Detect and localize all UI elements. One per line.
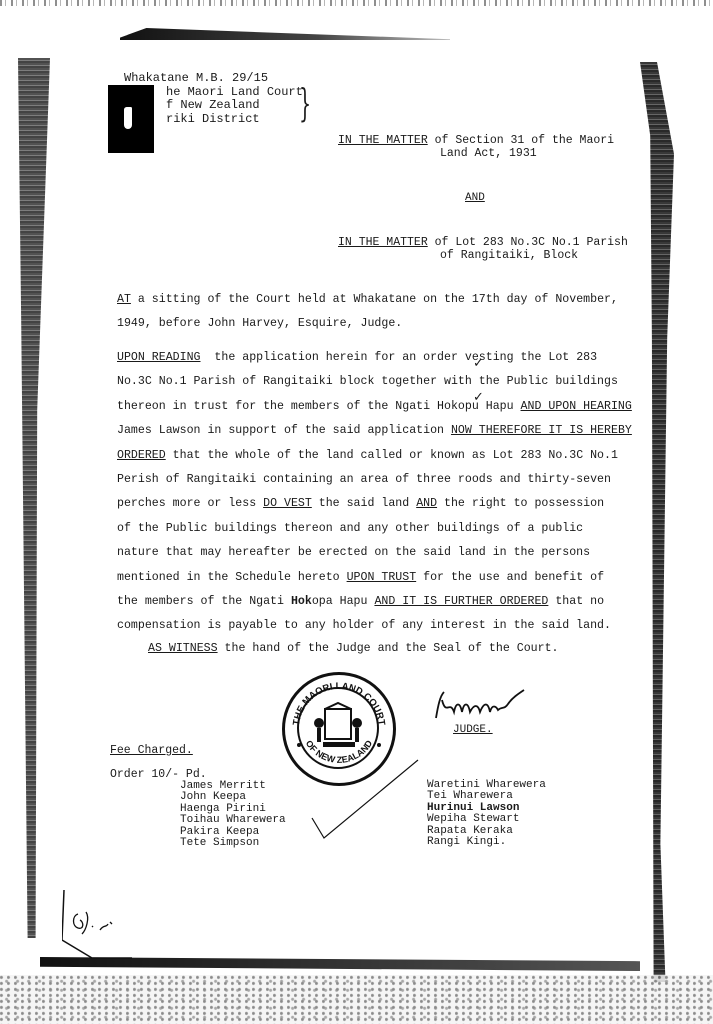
order-text: thereon in trust for the members of the … [117,400,521,413]
file-reference: Whakatane M.B. 29/15 [124,71,268,85]
list-item: Toihau Wharewera [180,814,286,826]
order-text: mentioned in the Schedule hereto [117,571,347,584]
order-text: the application herein for an order vest… [201,351,598,364]
upon-trust-label: UPON TRUST [347,571,417,584]
sitting-text: 1949, before John Harvey, Esquire, Judge… [117,317,402,330]
matter-label: IN THE MATTER [338,134,428,147]
list-item: James Merritt [180,780,266,792]
brace-glyph: } [299,84,311,122]
matter-label: IN THE MATTER [338,236,428,249]
matter-text: of Lot 283 No.3C No.1 Parish [428,236,628,249]
do-vest-label: DO VEST [263,497,312,510]
list-item: Haenga Pirini [180,803,266,815]
redaction-mark [124,107,132,129]
list-item: Pakira Keepa [180,826,259,838]
witness-label: AS WITNESS [148,642,218,655]
list-item: Rangi Kingi. [427,836,506,848]
order-text: nature that may hereafter be erected on … [117,546,590,559]
checkmark-icon: ✓ [473,356,484,371]
upon-reading-label: UPON READING [117,351,201,364]
matter-lot-283: IN THE MATTER of Lot 283 No.3C No.1 Pari… [338,236,628,262]
list-item: Tei Wharewera [427,790,513,802]
ordered-label: ORDERED [117,449,166,462]
order-text: the members of the Ngati [117,595,291,608]
order-text: the said land [312,497,416,510]
order-text: the right to possession [437,497,604,510]
redaction-block [108,85,154,153]
sitting-lead: AT [117,293,131,306]
order-text: that the whole of the land called or kno… [166,449,618,462]
upon-hearing-label: AND UPON HEARING [521,400,632,413]
judge-label: JUDGE. [453,724,493,736]
order-paragraph: UPON READING the application herein for … [117,346,647,639]
further-ordered-label: AND IT IS FURTHER ORDERED [374,595,548,608]
scan-noise-bottom [0,975,713,1024]
matter-section-31: IN THE MATTER of Section 31 of the Maori… [338,134,614,160]
schedule-list-right: Waretini Wharewera Tei Wharewera Hurinui… [427,780,546,848]
judge-signature [432,688,532,724]
order-text: No.3C No.1 Parish of Rangitaiki block to… [117,375,618,388]
initials-handwriting: E.J. Hoh. [70,908,130,938]
list-item: Wepiha Stewart [427,813,519,825]
sitting-paragraph: AT a sitting of the Court held at Whakat… [117,288,647,337]
order-text: opa Hapu [312,595,375,608]
order-text: perches more or less [117,497,263,510]
order-text: of the Public buildings thereon and any … [117,522,583,535]
matter-text: Land Act, 1931 [338,147,537,160]
matter-text: of Section 31 of the Maori [428,134,614,147]
and-heading: AND [465,192,485,204]
matter-text: of Rangitaiki, Block [338,249,578,262]
check-stroke [310,758,420,840]
list-item: Tete Simpson [180,837,259,849]
sitting-text: a sitting of the Court held at Whakatane… [131,293,618,306]
order-text-correction: Hok [291,595,312,608]
and-label: AND [416,497,437,510]
order-text: Perish of Rangitaiki containing an area … [117,473,611,486]
scan-noise-top [0,0,713,6]
schedule-list-left: James Merritt John Keepa Haenga Pirini T… [180,781,286,849]
order-text: that no [548,595,604,608]
list-item: Rapata Keraka [427,825,513,837]
list-item: Hurinui Lawson [427,802,519,814]
hereby-label: NOW THEREFORE IT IS HEREBY [451,424,632,437]
page-edge-shadow-left [18,58,50,938]
witness-line: AS WITNESS the hand of the Judge and the… [148,642,559,655]
fee-charged-label: Fee Charged. [110,744,193,757]
order-text: compensation is payable to any holder of… [117,619,611,632]
list-item: Waretini Wharewera [427,779,546,791]
witness-text: the hand of the Judge and the Seal of th… [218,642,559,655]
list-item: John Keepa [180,791,246,803]
order-text: James Lawson in support of the said appl… [117,424,451,437]
checkmark-icon: ✓ [473,390,484,405]
order-text: for the use and benefit of [416,571,604,584]
